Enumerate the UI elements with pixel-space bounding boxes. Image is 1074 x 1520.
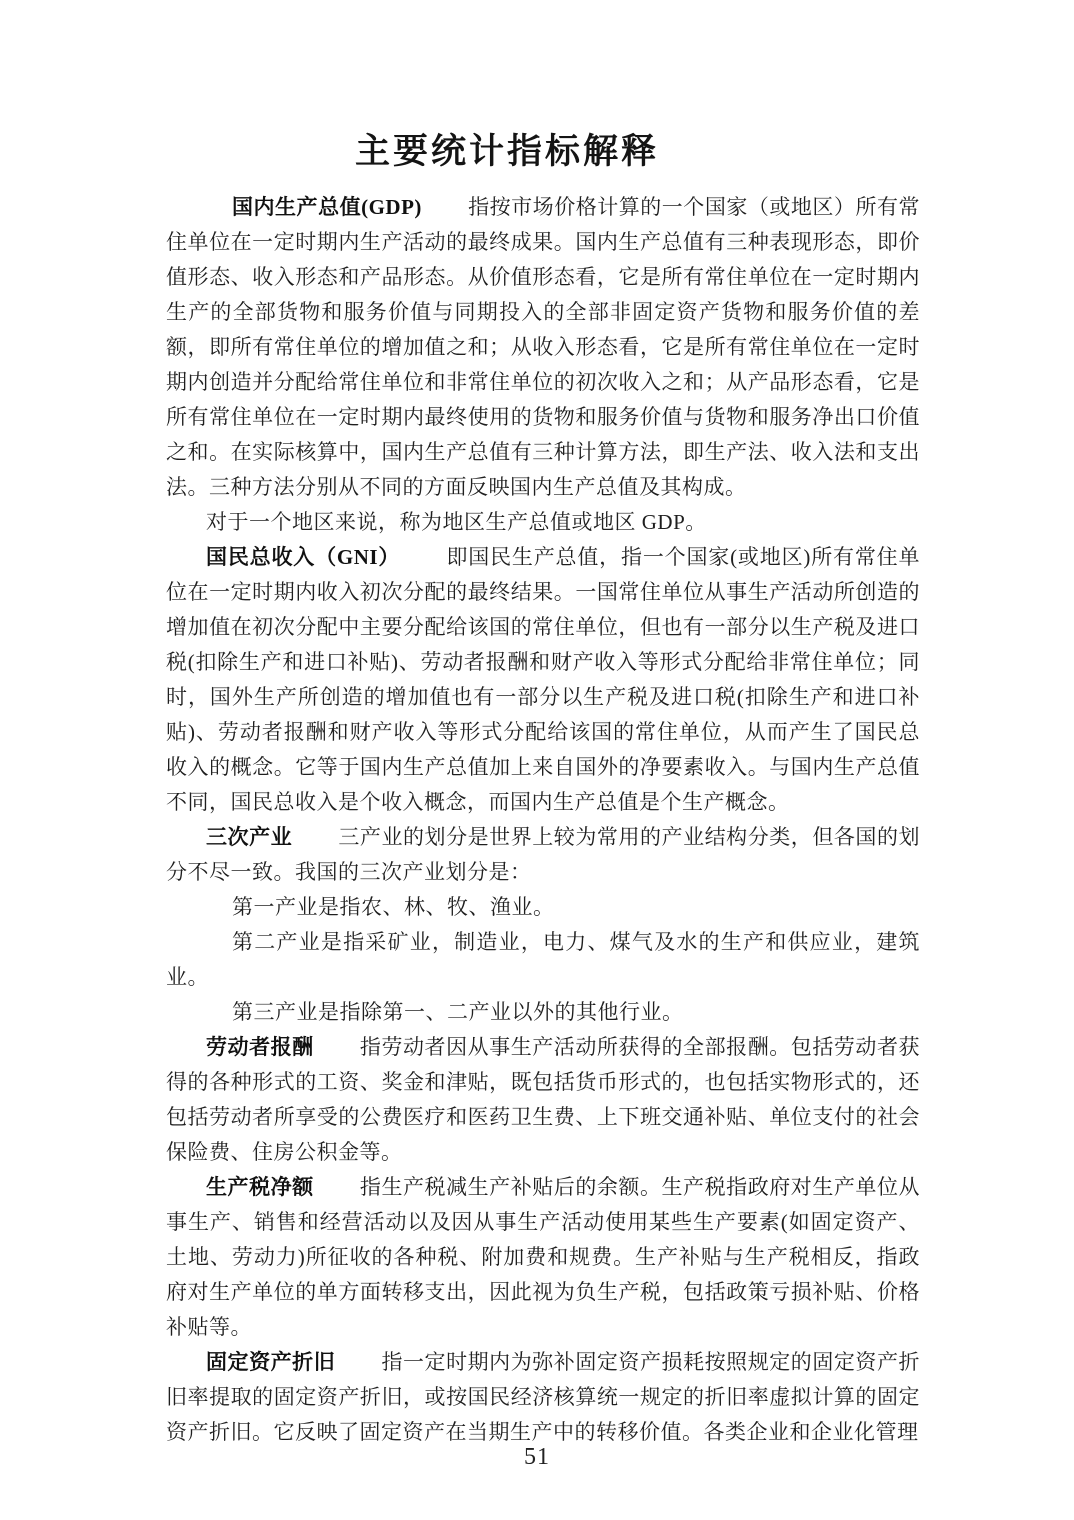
term-labor-compensation: 劳动者报酬 — [206, 1035, 360, 1059]
list-item-primary-industry: 第一产业是指农、林、牧、渔业。 — [166, 890, 920, 925]
paragraph-regional-gdp: 对于一个地区来说，称为地区生产总值或地区 GDP。 — [166, 505, 920, 540]
page-number: 51 — [0, 1444, 1074, 1471]
list-item-secondary-industry-text: 第二产业是指采矿业，制造业，电力、煤气及水的生产和供应业，建筑业。 — [166, 930, 920, 989]
paragraph-regional-gdp-text: 对于一个地区来说，称为地区生产总值或地区 GDP。 — [206, 510, 707, 534]
page-title: 主要统计指标解释 — [0, 130, 1044, 174]
paragraph-fixed-asset-depreciation: 固定资产折旧指一定时期内为弥补固定资产损耗按照规定的固定资产折旧率提取的固定资产… — [166, 1345, 920, 1450]
paragraph-gni-text: 即国民生产总值，指一个国家(或地区)所有常住单位在一定时期内收入初次分配的最终结… — [166, 545, 920, 814]
paragraph-gdp: 国内生产总值(GDP)指按市场价格计算的一个国家（或地区）所有常住单位在一定时期… — [166, 190, 920, 505]
document-page: 主要统计指标解释 国内生产总值(GDP)指按市场价格计算的一个国家（或地区）所有… — [0, 0, 1074, 1520]
term-three-industries: 三次产业 — [206, 825, 338, 849]
term-net-production-taxes: 生产税净额 — [206, 1175, 360, 1199]
paragraph-net-production-taxes: 生产税净额指生产税减生产补贴后的余额。生产税指政府对生产单位从事生产、销售和经营… — [166, 1170, 920, 1345]
term-gni: 国民总收入（GNI） — [206, 545, 446, 569]
list-item-secondary-industry: 第二产业是指采矿业，制造业，电力、煤气及水的生产和供应业，建筑业。 — [166, 925, 920, 995]
document-body: 国内生产总值(GDP)指按市场价格计算的一个国家（或地区）所有常住单位在一定时期… — [0, 190, 1074, 1450]
paragraph-three-industries: 三次产业三产业的划分是世界上较为常用的产业结构分类，但各国的划分不尽一致。我国的… — [166, 820, 920, 890]
list-item-primary-industry-text: 第一产业是指农、林、牧、渔业。 — [232, 895, 555, 919]
paragraph-gni: 国民总收入（GNI）即国民生产总值，指一个国家(或地区)所有常住单位在一定时期内… — [166, 540, 920, 820]
paragraph-net-production-taxes-text: 指生产税减生产补贴后的余额。生产税指政府对生产单位从事生产、销售和经营活动以及因… — [166, 1175, 920, 1339]
list-item-tertiary-industry-text: 第三产业是指除第一、二产业以外的其他行业。 — [232, 1000, 684, 1024]
paragraph-gdp-text: 指按市场价格计算的一个国家（或地区）所有常住单位在一定时期内生产活动的最终成果。… — [166, 195, 920, 499]
paragraph-labor-compensation: 劳动者报酬指劳动者因从事生产活动所获得的全部报酬。包括劳动者获得的各种形式的工资… — [166, 1030, 920, 1170]
list-item-tertiary-industry: 第三产业是指除第一、二产业以外的其他行业。 — [166, 995, 920, 1030]
term-fixed-asset-depreciation: 固定资产折旧 — [206, 1350, 381, 1374]
term-gdp: 国内生产总值(GDP) — [232, 195, 468, 219]
